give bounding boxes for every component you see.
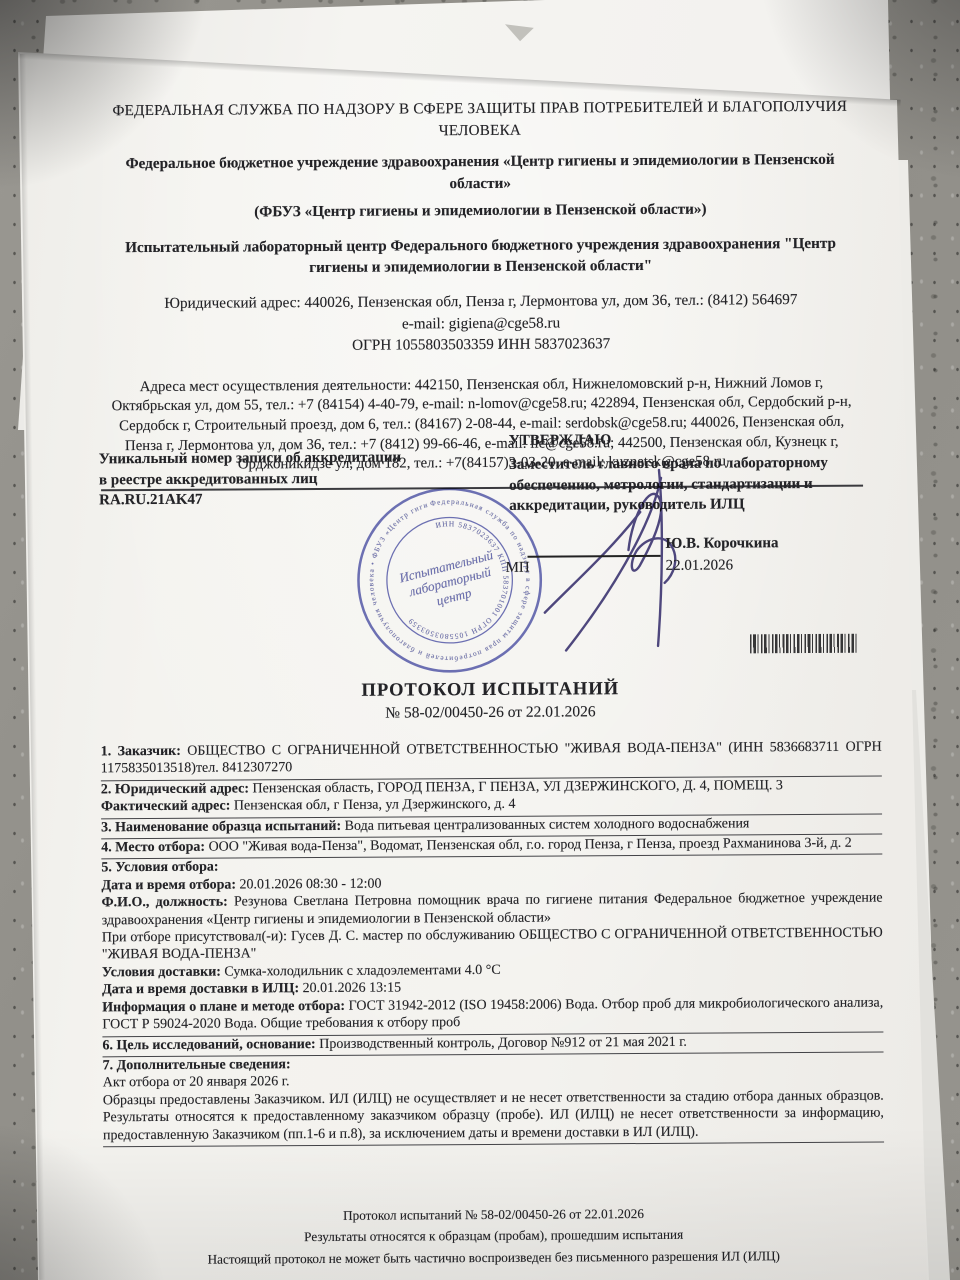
footer-line: Настоящий протокол не может быть частичн…: [114, 1244, 874, 1270]
ilc-name: Испытательный лабораторный центр Федерал…: [100, 233, 862, 281]
document: ФЕДЕРАЛЬНАЯ СЛУЖБА ПО НАДЗОРУ В СФЕРЕ ЗА…: [0, 0, 960, 1280]
persons-present: При отборе присутствовал(-и): Гусев Д. С…: [102, 925, 883, 965]
section-value: ООО "Живая вода-Пенза", Водомат, Пензенс…: [208, 836, 851, 855]
section-label: Дата и время отбора:: [101, 877, 236, 893]
disclaimer-paragraph: Образцы предоставлены Заказчиком. ИЛ (ИЛ…: [103, 1087, 884, 1147]
org-name-short: (ФБУЗ «Центр гигиены и эпидемиологии в П…: [99, 198, 861, 224]
sampler-name-position: Ф.И.О., должность: Резунова Светлана Пет…: [102, 890, 883, 930]
section-value: Пензенская обл, г Пенза, ул Дзержинского…: [234, 797, 516, 814]
protocol-body: 1. Заказчик: ОБЩЕСТВО С ОГРАНИЧЕННОЙ ОТВ…: [101, 739, 884, 1148]
section-1-customer: 1. Заказчик: ОБЩЕСТВО С ОГРАНИЧЕННОЙ ОТВ…: [101, 739, 882, 782]
approval-title: УТВЕРЖДАЮ: [509, 429, 865, 452]
section-value: 20.01.2026 08:30 - 12:00: [239, 876, 381, 892]
section-label: 1. Заказчик:: [101, 744, 181, 759]
section-label: 2. Юридический адрес:: [101, 781, 249, 797]
section-label: Информация о плане и методе отбора:: [102, 999, 345, 1015]
protocol-title-block: ПРОТОКОЛ ИСПЫТАНИЙ № 58-02/00450-26 от 2…: [110, 678, 870, 725]
sampling-method-info: Информация о плане и методе отбора: ГОСТ…: [102, 994, 883, 1037]
section-value: ОБЩЕСТВО С ОГРАНИЧЕННОЙ ОТВЕТСТВЕННОСТЬЮ…: [101, 740, 882, 777]
section-label: 4. Место отбора:: [101, 840, 205, 856]
section-value: 20.01.2026 13:15: [303, 981, 401, 997]
accreditation-line: в реестре аккредитованных лиц: [99, 468, 459, 491]
stamp-center-text: Испытательный лабораторный центр: [397, 547, 503, 616]
ogrn-inn-line: ОГРН 1055803503359 ИНН 5837023637: [100, 332, 862, 358]
section-label: 5. Условия отбора:: [101, 860, 218, 876]
agency-name: ФЕДЕРАЛЬНАЯ СЛУЖБА ПО НАДЗОРУ В СФЕРЕ ЗА…: [99, 96, 861, 144]
section-label: Фактический адрес:: [101, 799, 230, 815]
document-footer: Протокол испытаний № 58-02/00450-26 от 2…: [113, 1202, 873, 1271]
section-label: Ф.И.О., должность:: [102, 895, 228, 911]
section-label: Дата и время доставки в ИЛЦ:: [102, 981, 299, 997]
section-value: Вода питьевая централизованных систем хо…: [345, 816, 750, 833]
section-value: При отборе присутствовал(-и): Гусев Д. С…: [102, 926, 883, 963]
org-name-full: Федеральное бюджетное учреждение здравоо…: [99, 149, 861, 197]
accreditation-line: Уникальный номер записи об аккредитации: [99, 447, 459, 470]
section-value: Производственный контроль, Договор №912 …: [319, 1034, 687, 1051]
section-value: Пензенская область, ГОРОД ПЕНЗА, Г ПЕНЗА…: [252, 778, 782, 796]
approver-name: Ю.В. Корочкина: [665, 535, 778, 553]
section-label: 6. Цель исследований, основание:: [102, 1037, 315, 1053]
section-value: Сумка-холодильник с хладоэлементами 4.0 …: [224, 963, 500, 980]
protocol-number: № 58-02/00450-26 от 22.01.2026: [110, 702, 870, 725]
section-label: 7. Дополнительные сведения:: [103, 1057, 291, 1073]
section-label: Условия доставки:: [102, 964, 221, 980]
section-label: 3. Наименование образца испытаний:: [101, 818, 341, 834]
mp-label: МП: [506, 560, 530, 577]
barcode: [750, 634, 857, 654]
protocol-title: ПРОТОКОЛ ИСПЫТАНИЙ: [110, 678, 870, 704]
approval-date: 22.01.2026: [666, 557, 734, 574]
